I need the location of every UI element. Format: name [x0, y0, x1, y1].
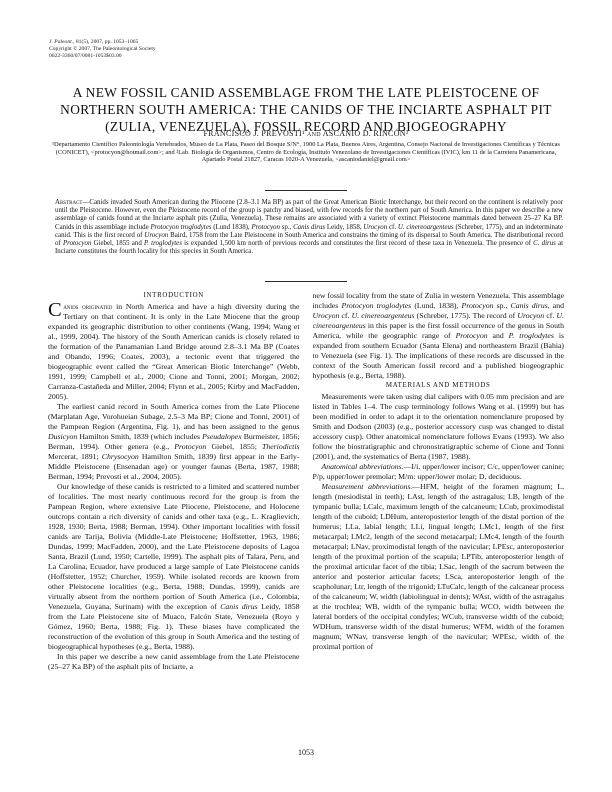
abstract-text: —Canids invaded South American during th… [55, 199, 563, 255]
paragraph: new fossil locality from the state of Zu… [313, 291, 565, 381]
divider-rule-top [265, 190, 347, 191]
text-segment: Urocyon [144, 232, 168, 239]
text-segment: Urocyon [363, 224, 387, 231]
text-segment: Canis dirus [511, 301, 548, 310]
text-segment: P. troglodytes [509, 331, 554, 340]
section-heading: MATERIALS AND METHODS [313, 382, 565, 389]
text-segment: C. dirus [533, 240, 556, 247]
text-segment: Protocyon [251, 224, 279, 231]
dropcap-letter: C [48, 302, 63, 319]
section-heading: INTRODUCTION [48, 292, 300, 299]
body-columns: INTRODUCTIONCanids originated in North A… [48, 291, 564, 747]
page-number: 1053 [0, 748, 612, 757]
journal-page: J. Paleont., 81(5), 2007, pp. 1053–1065 … [0, 0, 612, 792]
authors-line: FRANCISCO J. PREVOSTI¹ and ASCANIO D. RI… [0, 129, 612, 138]
abstract-label: Abstract [55, 199, 82, 206]
abstract: Abstract—Canids invaded South American d… [55, 199, 563, 256]
text-segment: Anatomical abbreviations. [322, 462, 404, 471]
text-segment: Measurement abbreviations. [322, 482, 413, 491]
text-segment: U. cinereoargenteus [352, 311, 415, 320]
text-segment: Protocyon troglodytes [341, 301, 411, 310]
text-segment: Protocyon [63, 240, 91, 247]
left-column: INTRODUCTIONCanids originated in North A… [48, 291, 300, 747]
text-segment: Protocyon [456, 331, 488, 340]
text-segment: Canis dirus [293, 224, 325, 231]
affiliations: ¹Departamento Científico Paleontología V… [46, 141, 566, 164]
journal-reference: J. Paleont., 81(5), 2007, pp. 1053–1065 [49, 39, 156, 46]
paragraph: Measurements were taken using dial calip… [313, 392, 565, 462]
text-segment: J. Paleont., [49, 39, 74, 45]
paragraph: Our knowledge of these canids is restric… [48, 482, 300, 652]
text-segment: anids originated [63, 302, 112, 311]
text-segment: Pseudalopex [202, 432, 242, 441]
paragraph: Measurement abbreviations.—HFM, height o… [313, 482, 565, 652]
text-segment: Protocyon [174, 442, 206, 451]
copyright-line: Copyright © 2007, The Paleontological So… [49, 46, 156, 53]
text-segment: Canis dirus [220, 602, 257, 611]
paragraph: The earliest canid record in South Ameri… [48, 402, 300, 482]
text-segment: Protocyon troglodytes [150, 224, 211, 231]
journal-masthead: J. Paleont., 81(5), 2007, pp. 1053–1065 … [49, 39, 156, 59]
text-segment: Dusicyon [48, 432, 77, 441]
text-segment: Chrysocyon [102, 452, 139, 461]
text-segment: Urocyon [313, 311, 340, 320]
text-segment: Protocyon [462, 301, 494, 310]
paragraph: In this paper we describe a new canid as… [48, 652, 300, 672]
divider-rule-abstract [265, 281, 347, 282]
text-segment: P. troglodytes [144, 240, 182, 247]
paragraph: Anatomical abbreviations.—I/i, upper/low… [313, 462, 565, 482]
text-segment: and [307, 129, 321, 138]
issn-line: 0022-3360/07/0081-1053$03.00 [49, 53, 156, 60]
text-segment: Urocyon [517, 311, 544, 320]
article-title: A NEW FOSSIL CANID ASSEMBLAGE FROM THE L… [34, 84, 578, 135]
text-segment: Theriodictis [262, 442, 299, 451]
text-segment: U. cinereoargenteus [398, 224, 454, 231]
right-column: new fossil locality from the state of Zu… [313, 291, 565, 747]
paragraph: Canids originated in North America and h… [48, 302, 300, 402]
